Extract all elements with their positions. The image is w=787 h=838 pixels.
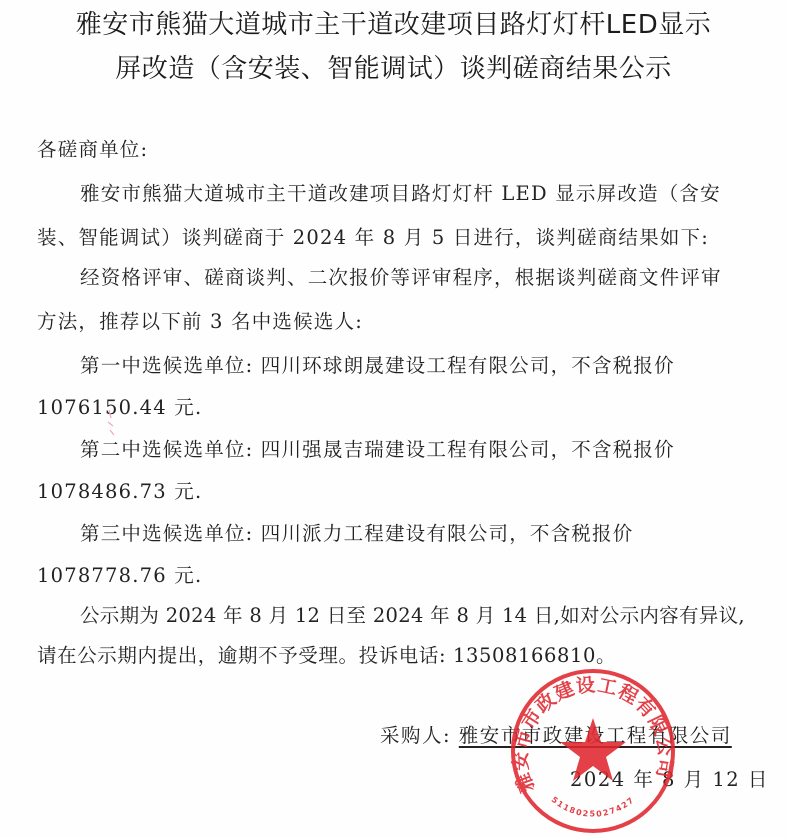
body-paragraph-2-line-2: 方法，推荐以下前 3 名中选候选人: [37, 306, 363, 334]
candidate-2-unit: 元. [174, 480, 202, 503]
candidate-1-price: 1076150.44 [37, 396, 167, 419]
body-paragraph-1-line-2: 装、智能调试）谈判磋商于 2024 年 8 月 5 日进行，谈判磋商结果如下: [37, 222, 709, 250]
candidate-1-line: 第一中选候选单位: 四川环球朗晟建设工程有限公司，不含税报价 [80, 350, 675, 378]
ink-mark [105, 408, 117, 438]
notice-line-2: 请在公示期内提出，逾期不予受理。投诉电话: 13508166810。 [37, 640, 616, 668]
document-title-line-1: 雅安市熊猫大道城市主干道改建项目路灯灯杆LED显示 [0, 4, 787, 41]
svg-text:5118025027427: 5118025027427 [550, 795, 637, 819]
notice-line-1: 公示期为 2024 年 8 月 12 日至 2024 年 8 月 14 日,如对… [80, 600, 745, 628]
candidate-3-unit: 元. [174, 564, 202, 587]
candidate-1-rank: 第一中选候选单位: [80, 354, 253, 377]
official-seal-stamp: 雅安市市政建设工程有限公司 5118025027427 [508, 666, 678, 836]
candidate-1-price-label: ，不含税报价 [551, 354, 675, 377]
buyer-line: 采购人: 雅安市市政建设工程有限公司 [380, 720, 732, 748]
salutation: 各磋商单位: [37, 134, 148, 162]
candidate-3-price: 1078778.76 [37, 564, 167, 587]
signature-date: 2024 年 8 月 12 日 [570, 764, 769, 792]
candidate-3-company: 四川派力工程建设有限公司 [261, 522, 509, 545]
candidate-2-price: 1078486.73 [37, 480, 167, 503]
candidate-2-price-label: ，不含税报价 [551, 438, 675, 461]
candidate-2-line: 第二中选候选单位: 四川强晟吉瑞建设工程有限公司，不含税报价 [80, 434, 675, 462]
candidate-1-price-line: 1076150.44 元. [37, 392, 202, 420]
document-page: 雅安市熊猫大道城市主干道改建项目路灯灯杆LED显示 屏改造（含安装、智能调试）谈… [0, 0, 787, 838]
candidate-1-unit: 元. [174, 396, 202, 419]
body-paragraph-2-line-1: 经资格评审、磋商谈判、二次报价等评审程序，根据谈判磋商文件评审 [80, 262, 722, 290]
body-paragraph-1-line-1: 雅安市熊猫大道城市主干道改建项目路灯灯杆 LED 显示屏改造（含安 [80, 178, 721, 206]
candidate-2-price-line: 1078486.73 元. [37, 476, 202, 504]
candidate-3-price-label: ，不含税报价 [509, 522, 633, 545]
candidate-1-company: 四川环球朗晟建设工程有限公司 [261, 354, 551, 377]
seal-serial: 5118025027427 [550, 795, 637, 819]
candidate-3-rank: 第三中选候选单位: [80, 522, 253, 545]
candidate-2-company: 四川强晟吉瑞建设工程有限公司 [261, 438, 551, 461]
candidate-2-rank: 第二中选候选单位: [80, 438, 253, 461]
document-title-line-2: 屏改造（含安装、智能调试）谈判磋商结果公示 [0, 48, 787, 85]
candidate-3-line: 第三中选候选单位: 四川派力工程建设有限公司，不含税报价 [80, 518, 633, 546]
candidate-3-price-line: 1078778.76 元. [37, 560, 202, 588]
buyer-name: 雅安市市政建设工程有限公司 [459, 724, 732, 747]
buyer-label: 采购人: [380, 724, 451, 747]
